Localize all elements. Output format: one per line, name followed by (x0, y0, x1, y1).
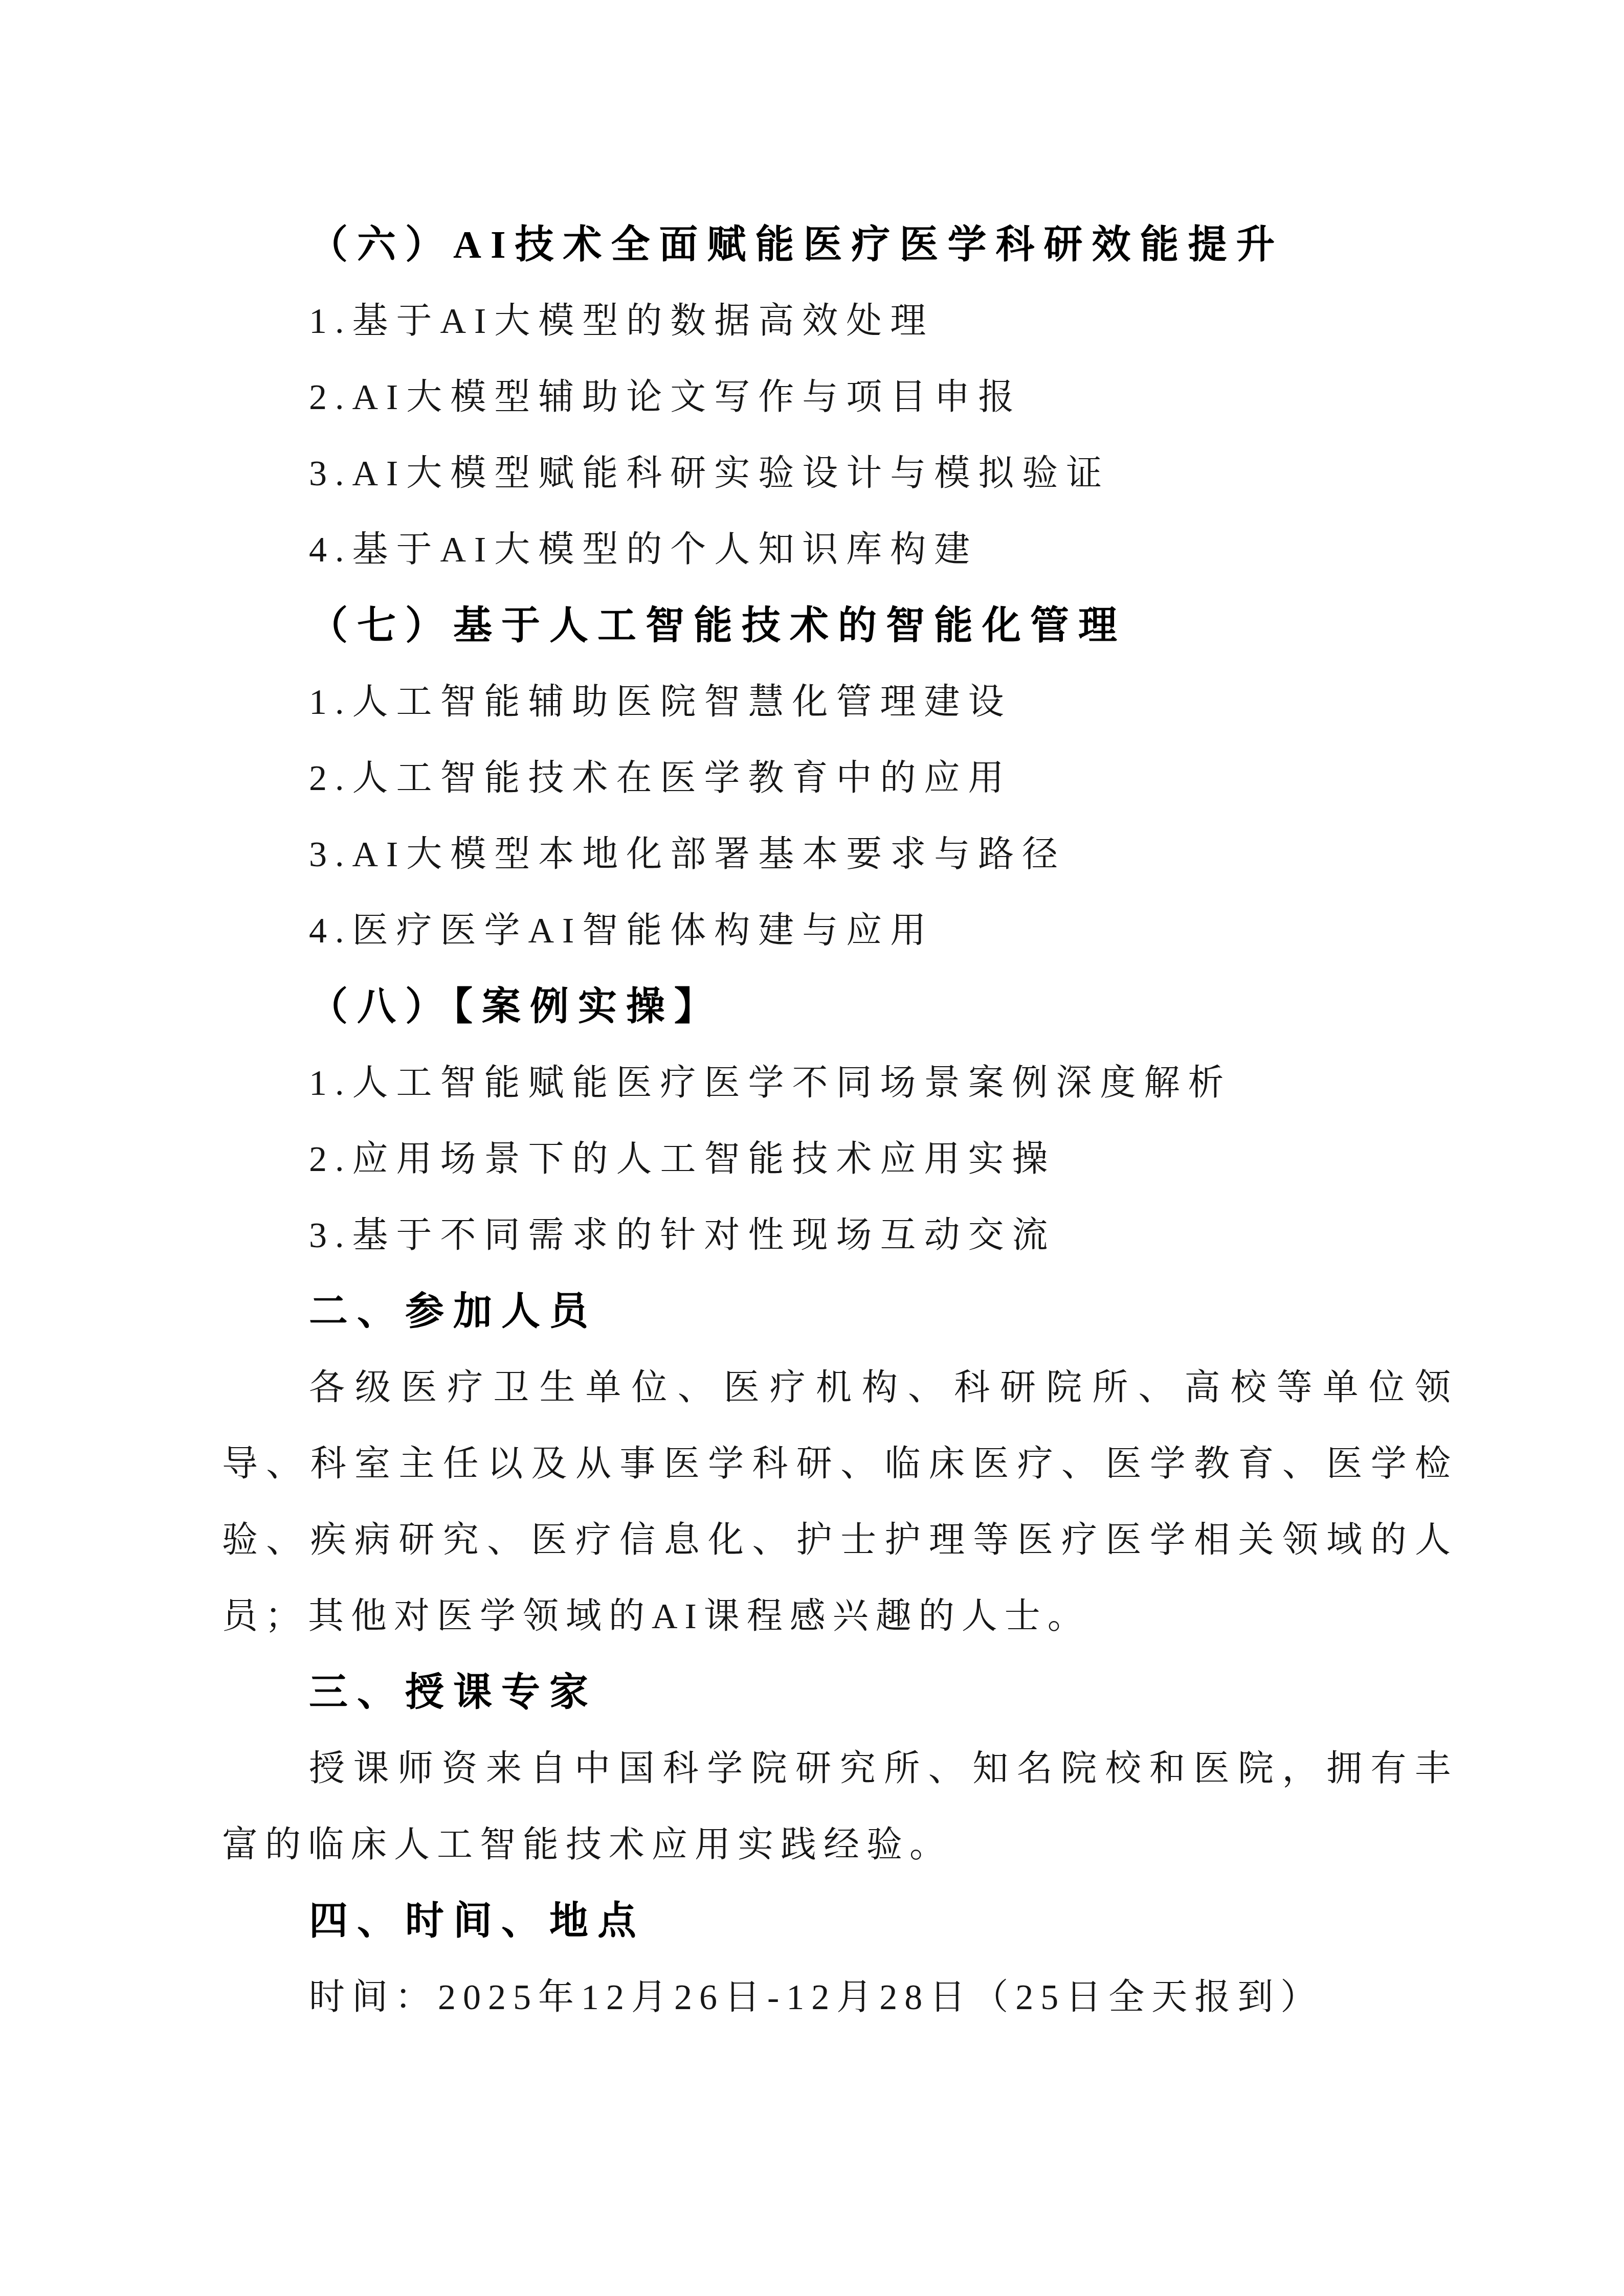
course-item: 4.基于AI大模型的个人知识库构建 (222, 512, 1458, 588)
participants-paragraph-line: 导、科室主任以及从事医学科研、临床医疗、医学教育、医学检 (222, 1426, 1458, 1502)
course-item: 4.医疗医学AI智能体构建与应用 (222, 893, 1458, 969)
course-item: 1.基于AI大模型的数据高效处理 (222, 283, 1458, 359)
participants-paragraph-line: 员；其他对医学领域的AI课程感兴趣的人士。 (222, 1579, 1458, 1655)
section-heading-participants: 二、参加人员 (222, 1274, 1458, 1350)
document-body: （六）AI技术全面赋能医疗医学科研效能提升 1.基于AI大模型的数据高效处理 2… (222, 207, 1458, 2036)
course-item: 2.人工智能技术在医学教育中的应用 (222, 740, 1458, 817)
course-item: 1.人工智能辅助医院智慧化管理建设 (222, 664, 1458, 740)
section-heading-lecturers: 三、授课专家 (222, 1655, 1458, 1731)
course-item: 2.AI大模型辅助论文写作与项目申报 (222, 359, 1458, 436)
course-item: 2.应用场景下的人工智能技术应用实操 (222, 1121, 1458, 1198)
participants-paragraph-line: 各级医疗卫生单位、医疗机构、科研院所、高校等单位领 (222, 1350, 1458, 1426)
section-heading-time-place: 四、时间、地点 (222, 1883, 1458, 1960)
course-item: 3.AI大模型赋能科研实验设计与模拟验证 (222, 436, 1458, 512)
time-line: 时间：2025年12月26日-12月28日（25日全天报到） (222, 1960, 1458, 2036)
lecturers-paragraph-line: 授课师资来自中国科学院研究所、知名院校和医院，拥有丰 (222, 1731, 1458, 1807)
section-heading-7: （七）基于人工智能技术的智能化管理 (222, 588, 1458, 664)
course-item: 3.基于不同需求的针对性现场互动交流 (222, 1198, 1458, 1274)
course-item: 3.AI大模型本地化部署基本要求与路径 (222, 817, 1458, 893)
document-page: （六）AI技术全面赋能医疗医学科研效能提升 1.基于AI大模型的数据高效处理 2… (0, 0, 1624, 2296)
section-heading-8: （八）【案例实操】 (222, 969, 1458, 1045)
lecturers-paragraph-line: 富的临床人工智能技术应用实践经验。 (222, 1807, 1458, 1883)
section-heading-6: （六）AI技术全面赋能医疗医学科研效能提升 (222, 207, 1458, 283)
course-item: 1.人工智能赋能医疗医学不同场景案例深度解析 (222, 1045, 1458, 1121)
participants-paragraph-line: 验、疾病研究、医疗信息化、护士护理等医疗医学相关领域的人 (222, 1502, 1458, 1579)
